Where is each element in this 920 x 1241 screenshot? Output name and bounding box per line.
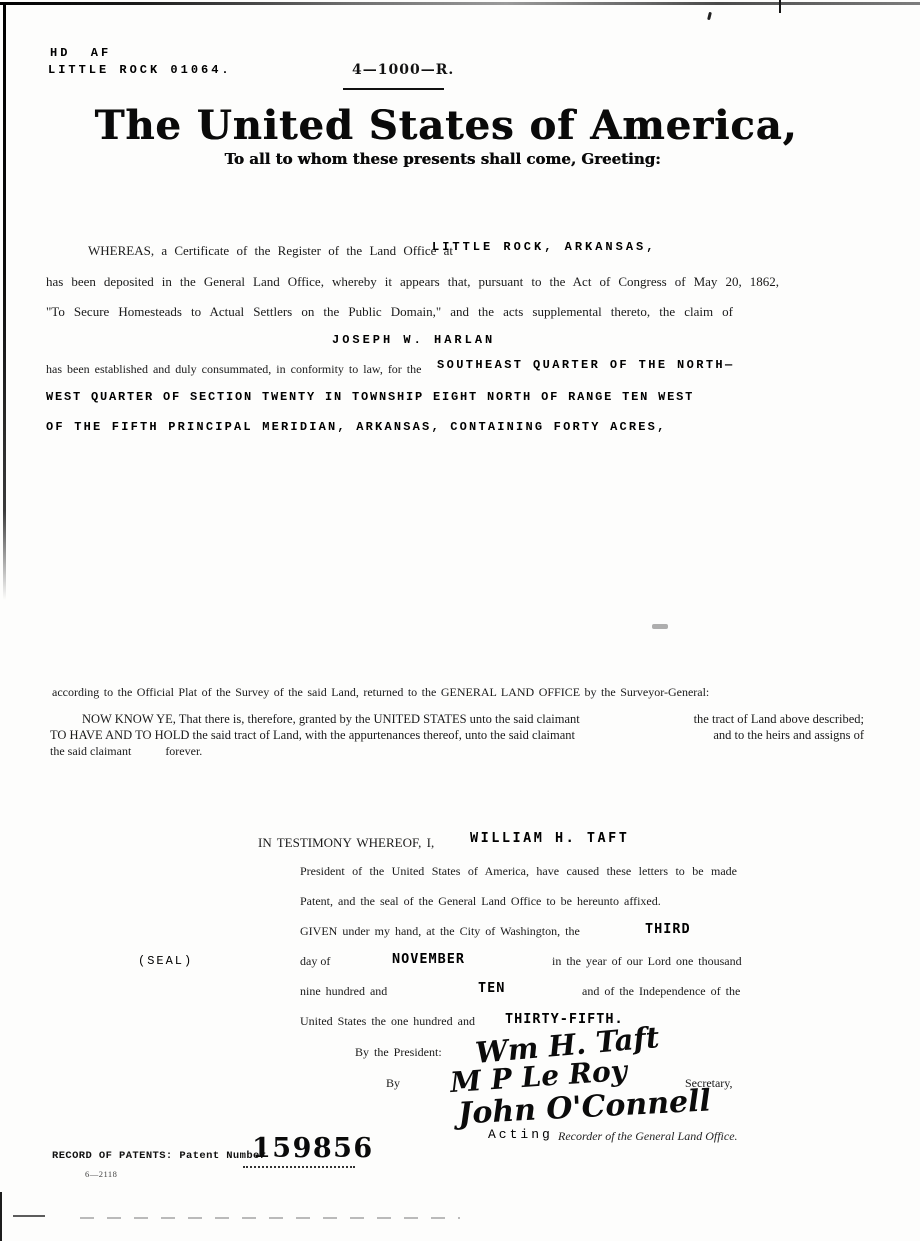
form-number: 4—1000—R. — [352, 62, 454, 78]
plat-line: according to the Official Plat of the Su… — [52, 685, 709, 700]
day-of-printed: day of — [300, 954, 330, 969]
day-typed: THIRD — [645, 921, 691, 937]
nine-hundred-printed: nine hundred and — [300, 984, 387, 999]
testimony-line3: Patent, and the seal of the General Land… — [300, 894, 661, 909]
acting-typed: Acting — [488, 1127, 553, 1142]
by-label: By — [386, 1076, 400, 1091]
testimony-intro: IN TESTIMONY WHEREOF, I, — [258, 835, 434, 851]
grant-line2-left: TO HAVE AND TO HOLD the said tract of La… — [50, 728, 575, 743]
land-description-line3-typed: OF THE FIFTH PRINCIPAL MERIDIAN, ARKANSA… — [46, 420, 666, 434]
print-code: 6—2118 — [85, 1169, 117, 1179]
year-printed: in the year of our Lord one thousand — [552, 954, 742, 969]
form-number-underline — [343, 88, 444, 90]
grant-line3: the said claimantforever. — [50, 744, 202, 759]
seal-label: (SEAL) — [138, 954, 193, 968]
grant-line3-right: forever. — [165, 744, 202, 758]
president-name-typed: WILLIAM H. TAFT — [470, 830, 629, 846]
whereas-line5-printed: has been established and duly consummate… — [46, 362, 421, 377]
month-typed: NOVEMBER — [392, 951, 465, 967]
scan-bottom-left-border — [0, 1192, 2, 1241]
independence2-printed: United States the one hundred and — [300, 1014, 475, 1029]
year-typed: TEN — [478, 980, 505, 996]
recorder-label: Recorder of the General Land Office. — [558, 1129, 738, 1144]
document-title: The United States of America, — [94, 102, 797, 149]
scan-top-border — [0, 2, 920, 5]
grant-line1-left: NOW KNOW YE, That there is, therefore, g… — [50, 712, 580, 727]
independence-printed: and of the Independence of the — [582, 984, 740, 999]
by-president-label: By the President: — [355, 1045, 442, 1060]
office-stamp-line1: HD AF — [50, 46, 111, 60]
land-patent-document: HD AF LITTLE ROCK 01064. 4—1000—R. The U… — [0, 0, 920, 1241]
grant-line1-right: the tract of Land above described; — [694, 712, 864, 727]
given-line-printed: GIVEN under my hand, at the City of Wash… — [300, 924, 580, 939]
testimony-line2: President of the United States of Americ… — [300, 864, 737, 879]
scan-tick-top-right — [779, 0, 781, 13]
grant-line2-right: and to the heirs and assigns of — [713, 728, 864, 743]
scan-left-border — [3, 4, 6, 600]
land-description-line1-typed: SOUTHEAST QUARTER OF THE NORTH— — [437, 358, 735, 372]
scan-speck-top — [707, 12, 712, 20]
whereas-line1-printed: WHEREAS, a Certificate of the Register o… — [88, 243, 453, 259]
grant-line1: NOW KNOW YE, That there is, therefore, g… — [50, 712, 864, 727]
claimant-name-typed: JOSEPH W. HARLAN — [332, 333, 495, 347]
patent-number: 159856 — [252, 1133, 374, 1164]
grant-line3-left: the said claimant — [50, 744, 131, 758]
land-description-line2-typed: WEST QUARTER OF SECTION TWENTY IN TOWNSH… — [46, 390, 694, 404]
grant-line2: TO HAVE AND TO HOLD the said tract of La… — [50, 728, 864, 743]
document-subtitle: To all to whom these presents shall come… — [224, 150, 660, 168]
whereas-line3: "To Secure Homesteads to Actual Settlers… — [46, 304, 733, 320]
scan-bottom-dash — [13, 1215, 45, 1217]
whereas-line2: has been deposited in the General Land O… — [46, 274, 779, 290]
scan-bottom-smudge — [80, 1217, 460, 1219]
office-stamp-line2: LITTLE ROCK 01064. — [48, 63, 232, 77]
record-of-patents-label: RECORD OF PATENTS: Patent Number — [52, 1150, 266, 1162]
scan-smudge-mid — [652, 624, 668, 629]
land-office-location-typed: LITTLE ROCK, ARKANSAS, — [432, 240, 656, 254]
